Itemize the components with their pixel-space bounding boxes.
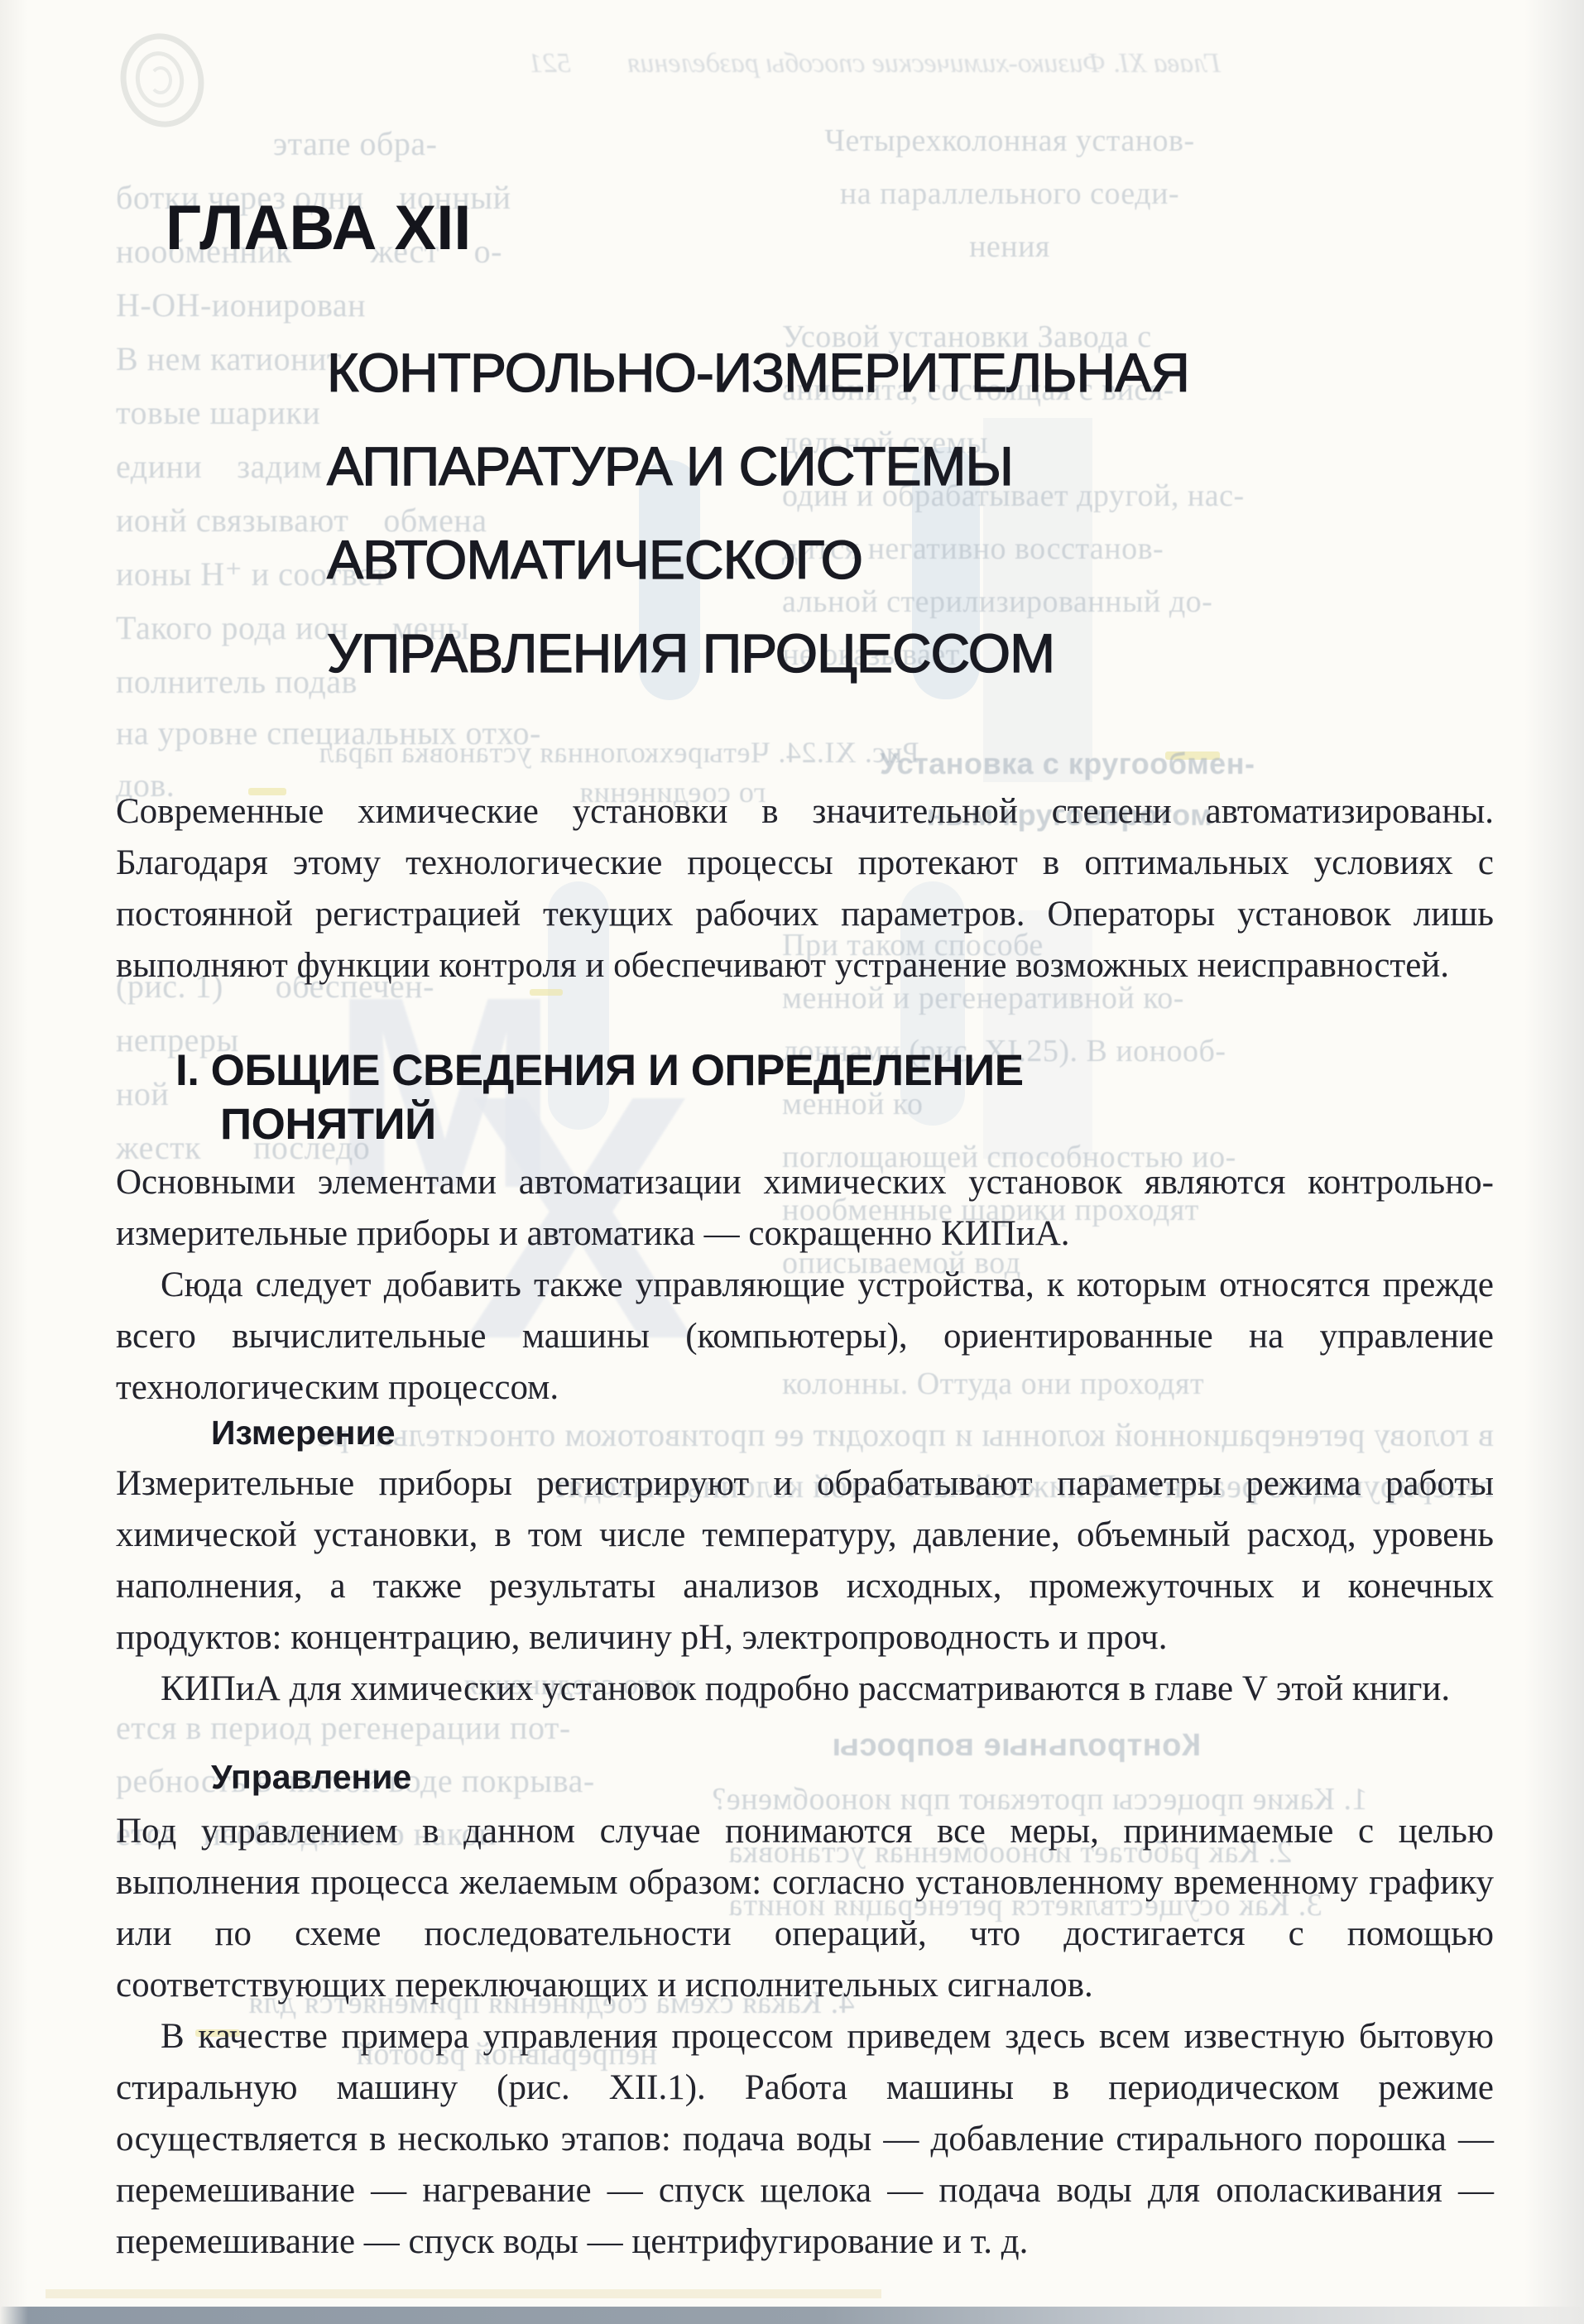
scan-edge-yellow-strip <box>46 2289 881 2298</box>
measurement-paragraph: Измерительные приборы регистрируют и обр… <box>116 1458 1494 1664</box>
measurement-block: Измерительные приборы регистрируют и обр… <box>116 1458 1494 1715</box>
control-block: Под управлением в данном случае понимают… <box>116 1806 1494 2268</box>
chapter-title-line: АППАРАТУРА И СИСТЕМЫ <box>327 435 1013 497</box>
chapter-title-line: АВТОМАТИЧЕСКОГО <box>327 528 862 591</box>
control-paragraph: Под управлением в данном случае понимают… <box>116 1806 1494 2011</box>
section1-paragraph: Сюда следует добавить также управляющие … <box>116 1260 1494 1414</box>
chapter-title-line: КОНТРОЛЬНО-ИЗМЕРИТЕЛЬНАЯ <box>327 341 1189 404</box>
control-paragraph: В качестве примера управления процессом … <box>116 2011 1494 2268</box>
intro-block: Современные химические установки в значи… <box>116 786 1494 992</box>
measurement-paragraph: КИПиА для химических установок подробно … <box>116 1664 1494 1715</box>
scan-edge-blue-bar <box>0 2307 1584 2324</box>
book-page: М X Четырехколонная установ- на параллел… <box>0 0 1584 2324</box>
control-subheading: Управление <box>211 1758 411 1797</box>
main-content: ГЛАВА XII КОНТРОЛЬНО-ИЗМЕРИТЕЛЬНАЯ АППАР… <box>0 0 1584 2324</box>
section1-paragraph: Основными элементами автоматизации химич… <box>116 1157 1494 1260</box>
section-heading-line2: ПОНЯТИЙ <box>220 1099 436 1150</box>
chapter-label: ГЛАВА XII <box>166 192 471 264</box>
chapter-title-line: УПРАВЛЕНИЯ ПРОЦЕССОМ <box>327 622 1054 684</box>
section1-block: Основными элементами автоматизации химич… <box>116 1157 1494 1414</box>
section-heading-line1: I. ОБЩИЕ СВЕДЕНИЯ И ОПРЕДЕЛЕНИЕ <box>175 1045 1024 1096</box>
intro-paragraph: Современные химические установки в значи… <box>116 786 1494 992</box>
measurement-subheading: Измерение <box>211 1414 396 1452</box>
